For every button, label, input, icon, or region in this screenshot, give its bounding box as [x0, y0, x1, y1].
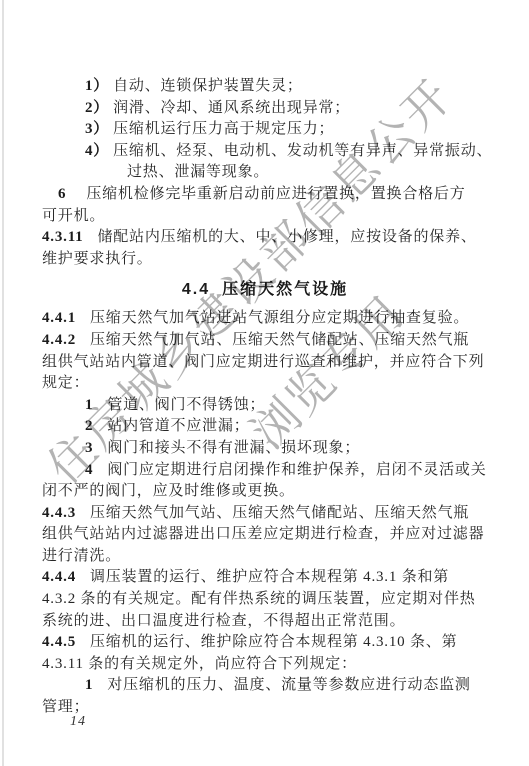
line-text: 过热、泄漏等现象。 — [127, 164, 269, 180]
item-number: 1 — [85, 677, 93, 693]
text-line: 1）自动、连锁保护装置失灵； — [42, 76, 488, 98]
line-text: 调压装置的运行、维护应符合本规程第 4.3.1 条和第 — [90, 569, 449, 585]
text-line: 4.4.4调压装置的运行、维护应符合本规程第 4.3.1 条和第 — [42, 567, 488, 589]
line-text: 压缩机、烃泵、电动机、发动机等有异声、异常振动、 — [113, 143, 492, 159]
line-text: 压缩机的运行、维护除应符合本规程第 4.3.10 条、第 — [90, 634, 457, 650]
text-line: 4.4.5压缩机的运行、维护除应符合本规程第 4.3.10 条、第 — [42, 632, 488, 654]
item-number: 2 — [85, 418, 93, 434]
text-line: 6压缩机检修完毕重新启动前应进行置换，置换合格后方 — [42, 184, 488, 206]
document-body: 1）自动、连锁保护装置失灵；2）润滑、冷却、通风系统出现异常；3）压缩机运行压力… — [42, 76, 488, 719]
text-line: 3）压缩机运行压力高于规定压力； — [42, 119, 488, 141]
line-text: 阀门应定期进行启闭操作和维护保养，启闭不灵活或关 — [107, 462, 486, 478]
text-line: 4.4.2压缩天然气加气站、压缩天然气储配站、压缩天然气瓶 — [42, 330, 488, 352]
line-text: 压缩天然气加气站进站气源组分应定期进行抽查复验。 — [90, 310, 469, 326]
line-text: 储配站内压缩机的大、中、小修理，应按设备的保养、 — [97, 229, 476, 245]
item-number: 3） — [85, 121, 109, 137]
text-line: 1对压缩机的压力、温度、流量等参数应进行动态监测 — [42, 675, 488, 697]
item-number: 3 — [85, 440, 93, 456]
text-line: 维护要求执行。 — [42, 249, 488, 271]
item-number: 4 — [85, 462, 93, 478]
item-number: 4） — [85, 143, 109, 159]
line-text: 系统的进、出口温度进行检查，不得超出正常范围。 — [42, 613, 405, 629]
text-line: 过热、泄漏等现象。 — [42, 162, 488, 184]
text-line: 4.3.2 条的有关规定。配有伴热系统的调压装置，应定期对伴热 — [42, 589, 488, 611]
text-line: 组供气站站内过滤器进出口压差应定期进行检查，并应对过滤器 — [42, 524, 488, 546]
text-line: 闭不严的阀门，应及时维修或更换。 — [42, 481, 488, 503]
section-heading: 4.4压缩天然气设施 — [42, 278, 488, 302]
section-title: 压缩天然气设施 — [222, 281, 348, 298]
text-line: 进行清洗。 — [42, 546, 488, 568]
line-text: 压缩天然气加气站、压缩天然气储配站、压缩天然气瓶 — [90, 505, 469, 521]
line-text: 闭不严的阀门，应及时维修或更换。 — [42, 483, 295, 499]
text-line: 4.4.1压缩天然气加气站进站气源组分应定期进行抽查复验。 — [42, 308, 488, 330]
text-line: 系统的进、出口温度进行检查，不得超出正常范围。 — [42, 611, 488, 633]
item-number: 1） — [85, 78, 109, 94]
line-text: 维护要求执行。 — [42, 251, 153, 267]
text-line: 组供气站站内管道、阀门应定期进行巡查和维护，并应符合下列 — [42, 352, 488, 374]
line-text: 自动、连锁保护装置失灵； — [113, 78, 303, 94]
line-text: 规定： — [42, 375, 89, 391]
text-line: 4.4.3压缩天然气加气站、压缩天然气储配站、压缩天然气瓶 — [42, 503, 488, 525]
text-line: 2站内管道不应泄漏； — [42, 416, 488, 438]
line-text: 润滑、冷却、通风系统出现异常； — [113, 100, 350, 116]
text-line: 可开机。 — [42, 206, 488, 228]
text-line: 1管道、阀门不得锈蚀； — [42, 395, 488, 417]
text-line: 规定： — [42, 373, 488, 395]
text-line: 4.3.11储配站内压缩机的大、中、小修理，应按设备的保养、 — [42, 227, 488, 249]
line-text: 压缩机检修完毕重新启动前应进行置换，置换合格后方 — [86, 186, 465, 202]
item-number: 4.4.2 — [42, 332, 76, 348]
line-text: 4.3.2 条的有关规定。配有伴热系统的调压装置，应定期对伴热 — [42, 591, 476, 607]
line-text: 组供气站站内管道、阀门应定期进行巡查和维护，并应符合下列 — [42, 354, 484, 370]
text-line: 管理； — [42, 697, 488, 719]
section-number: 4.4 — [182, 281, 210, 298]
text-line: 4阀门应定期进行启闭操作和维护保养，启闭不灵活或关 — [42, 460, 488, 482]
text-line: 4.3.11 条的有关规定外，尚应符合下列规定： — [42, 654, 488, 676]
line-text: 组供气站站内过滤器进出口压差应定期进行检查，并应对过滤器 — [42, 526, 484, 542]
item-number: 6 — [58, 186, 66, 202]
text-line: 2）润滑、冷却、通风系统出现异常； — [42, 98, 488, 120]
item-number: 4.4.4 — [42, 569, 76, 585]
line-text: 管理； — [42, 699, 89, 715]
item-number: 4.4.1 — [42, 310, 76, 326]
page-number: 14 — [70, 714, 86, 730]
line-text: 压缩天然气加气站、压缩天然气储配站、压缩天然气瓶 — [90, 332, 469, 348]
text-line: 4）压缩机、烃泵、电动机、发动机等有异声、异常振动、 — [42, 141, 488, 163]
item-number: 4.3.11 — [42, 229, 83, 245]
line-text: 管道、阀门不得锈蚀； — [107, 397, 265, 413]
line-text: 进行清洗。 — [42, 548, 121, 564]
document-page: 住房城乡建设部信息公开 浏览专用 1）自动、连锁保护装置失灵；2）润滑、冷却、通… — [0, 0, 529, 766]
line-text: 4.3.11 条的有关规定外，尚应符合下列规定： — [42, 656, 357, 672]
line-text: 阀门和接头不得有泄漏、损坏现象； — [107, 440, 360, 456]
line-text: 站内管道不应泄漏； — [107, 418, 249, 434]
item-number: 2） — [85, 100, 109, 116]
scan-edge-artifact — [2, 0, 4, 766]
line-text: 可开机。 — [42, 208, 105, 224]
text-line: 3阀门和接头不得有泄漏、损坏现象； — [42, 438, 488, 460]
line-text: 对压缩机的压力、温度、流量等参数应进行动态监测 — [107, 677, 470, 693]
item-number: 1 — [85, 397, 93, 413]
item-number: 4.4.3 — [42, 505, 76, 521]
line-text: 压缩机运行压力高于规定压力； — [113, 121, 334, 137]
item-number: 4.4.5 — [42, 634, 76, 650]
